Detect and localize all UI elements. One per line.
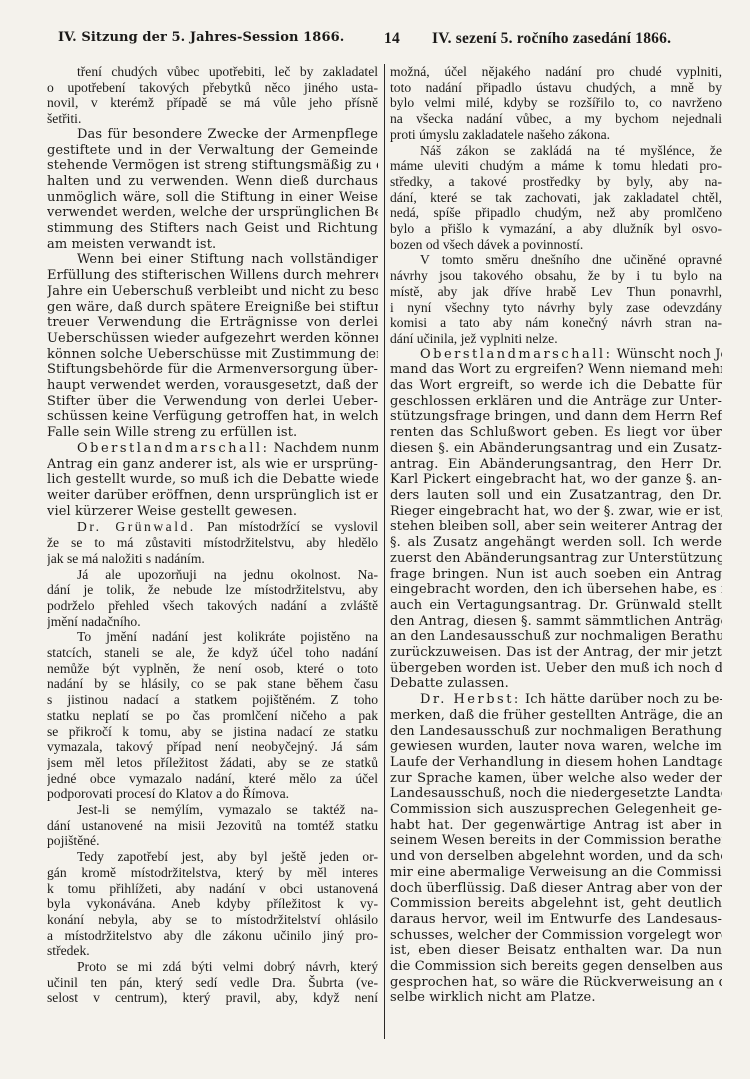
line-text: V tomto směru dnešního dne učiněné oprav…: [420, 252, 722, 267]
line-text: Landesausschuß, noch die niedergesetzte …: [390, 786, 722, 801]
paragraph: možná, účel nějakého nadání pro chudé vy…: [390, 64, 722, 143]
text-line: Erfüllung des stifterischen Willens durc…: [47, 268, 378, 284]
text-line: Das für besondere Zwecke der Armenpflege: [47, 127, 378, 143]
text-line: Rieger eingebracht hat, wo der §. zwar, …: [390, 504, 722, 520]
text-line: Landesausschuß, noch die niedergesetzte …: [390, 786, 722, 802]
text-line: mand das Wort zu ergreifen? Wenn niemand…: [390, 362, 722, 378]
text-line: statcích, staneli se ale, že když účel t…: [47, 645, 378, 661]
text-line: §. als Zusatz angehängt werden soll. Ich…: [390, 535, 722, 551]
line-text: daraus hervor, weil im Entwurfe des Land…: [390, 912, 722, 927]
text-line: Commission bereits abgelehnt ist, geht d…: [390, 896, 722, 912]
line-text: bylo velmi milé, kdyby se rozšířilo to, …: [390, 95, 722, 110]
paragraph: Tedy zapotřebí jest, aby byl ještě jeden…: [47, 849, 378, 959]
line-text: dání ustanovené na misii Jezovitů na tom…: [47, 818, 378, 833]
line-text: eingebracht worden, den ich übersehen ha…: [390, 582, 722, 597]
text-line: schusses, welcher der Commission vorgele…: [390, 928, 722, 944]
line-text: Pan místodržící se vyslovil: [196, 519, 378, 534]
line-text: jmění nadačního.: [47, 614, 141, 629]
line-text: gesprochen hat, so wäre die Rückverweisu…: [390, 975, 722, 990]
line-text: stimmung des Stifters nach Geist und Ric…: [47, 221, 378, 236]
text-line: jedné obce vymazalo nadání, které mělo z…: [47, 771, 378, 787]
text-line: das Wort ergreift, so werde ich die Deba…: [390, 378, 722, 394]
line-text: tření chudých vůbec upotřebiti, leč by z…: [77, 64, 378, 79]
line-text: die Commission sich bereits gegen densel…: [390, 959, 722, 974]
paragraph: Náš zákon se zakládá na té myšlénce, žem…: [390, 143, 722, 253]
text-line: unmöglich wäre, soll die Stiftung in ein…: [47, 190, 378, 206]
text-line: viel kürzerer Weise gestellt gewesen.: [47, 504, 378, 520]
text-line: novil, v kterémž případě se má vůle jeho…: [47, 95, 378, 111]
line-text: Stiftungsbehörde für die Armenversorgung…: [47, 362, 378, 377]
text-line: Proto se mi zdá býti velmi dobrý návrh, …: [47, 959, 378, 975]
text-line: proti úmyslu zakladatele našeho zákona.: [390, 127, 722, 143]
line-text: gewiesen wurden, lauter nova waren, welc…: [390, 739, 722, 754]
text-line: učinil ten pán, který sedí vedle Dra. Šu…: [47, 975, 378, 991]
line-text: diesen §. ein Abänderungsantrag und ein …: [390, 441, 722, 456]
text-line: gestiftete und in der Verwaltung der Gem…: [47, 143, 378, 159]
line-text: a místodržitelstvo aby dle zákonu učinil…: [47, 928, 378, 943]
text-line: byla vykonávána. Aneb kdyby příležitost …: [47, 896, 378, 912]
line-text: toto nadání připadlo ústavu chudých, a m…: [390, 80, 722, 95]
line-text: podporovati procesí do Klatov a do Římov…: [47, 786, 289, 801]
line-text: Karl Pickert eingebracht hat, wo der gan…: [390, 472, 722, 487]
line-text: možná, účel nějakého nadání pro chudé vy…: [390, 64, 722, 79]
text-line: středek.: [47, 943, 378, 959]
paragraph: Wenn bei einer Stiftung nach vollständig…: [47, 252, 378, 440]
text-line: že se to má zůstaviti místodržitelstvu, …: [47, 535, 378, 551]
line-text: mand das Wort zu ergreifen? Wenn niemand…: [390, 362, 722, 377]
text-line: jak se má naložiti s nadáním.: [47, 551, 378, 567]
line-text: proti úmyslu zakladatele našeho zákona.: [390, 127, 610, 142]
text-line: verwendet werden, welche der ursprünglic…: [47, 205, 378, 221]
line-text: zur Sprache kamen, über welche also wede…: [390, 771, 722, 786]
text-line: doch überflüssig. Daß dieser Antrag aber…: [390, 881, 722, 897]
line-text: stützungsfrage bringen, und dann dem Her…: [390, 409, 722, 424]
text-line: bylo a přišlo k vymazání, a aby dlužník …: [390, 221, 722, 237]
line-text: středky, a takové prostředky by byly, ab…: [390, 174, 722, 189]
line-text: Jest-li se nemýlím, vymazalo se taktéž n…: [77, 802, 378, 817]
text-line: gán kromě místodržitelstva, který by měl…: [47, 865, 378, 881]
paragraph: Oberstlandmarschall: Wünscht noch Je-man…: [390, 347, 722, 692]
text-line: stehende Vermögen ist streng stiftungsmä…: [47, 158, 378, 174]
text-line: gewiesen wurden, lauter nova waren, welc…: [390, 739, 722, 755]
text-line: pojištěné.: [47, 833, 378, 849]
text-line: lich gestellt wurde, so muß ich die Deba…: [47, 472, 378, 488]
line-text: gestiftete und in der Verwaltung der Gem…: [47, 143, 378, 158]
text-line: Dr. Grünwald. Pan místodržící se vyslovi…: [47, 519, 378, 535]
line-text: bozen od všech dávek a povinností.: [390, 237, 583, 252]
text-line: k tomu přihlížeti, aby nadání v obci ust…: [47, 881, 378, 897]
paragraph: V tomto směru dnešního dne učiněné oprav…: [390, 252, 722, 346]
line-text: frage bringen. Nun ist auch soeben ein A…: [390, 567, 722, 582]
text-line: stimmung des Stifters nach Geist und Ric…: [47, 221, 378, 237]
line-text: konání nebyla, aby se to místodržitelstv…: [47, 912, 378, 927]
line-text: Laufe der Verhandlung in diesem hohen La…: [390, 755, 722, 770]
line-text: pojištěné.: [47, 833, 99, 848]
paragraph: tření chudých vůbec upotřebiti, leč by z…: [47, 64, 378, 127]
text-line: Stiftungsbehörde für die Armenversorgung…: [47, 362, 378, 378]
text-line: antrag. Ein Abänderungsantrag, den Herr …: [390, 457, 722, 473]
text-line: Antrag ein ganz anderer ist, als wie er …: [47, 457, 378, 473]
text-line: dání je tolik, že nebude lze místodržite…: [47, 582, 378, 598]
line-text: am meisten verwandt ist.: [47, 237, 216, 252]
text-line: Stifter über die Verwendung von derlei U…: [47, 394, 378, 410]
line-text: und von derselben abgelehnt worden, und …: [390, 849, 722, 864]
paragraph: To jmění nadání jest kolikráte pojistěno…: [47, 629, 378, 802]
line-text: o upotřebení takových přebytků něco jiné…: [47, 80, 378, 95]
line-text: das Wort ergreift, so werde ich die Deba…: [390, 378, 722, 393]
text-line: halten und zu verwenden. Wenn dieß durch…: [47, 174, 378, 190]
text-line: zur Sprache kamen, über welche also wede…: [390, 771, 722, 787]
text-line: gen wäre, daß durch spätere Ereigniße be…: [47, 300, 378, 316]
line-text: bylo a přišlo k vymazání, a aby dlužník …: [390, 221, 722, 236]
text-line: geschlossen erklären und die Anträge zur…: [390, 394, 722, 410]
text-line: Náš zákon se zakládá na té myšlénce, že: [390, 143, 722, 159]
text-line: Debatte zulassen.: [390, 676, 722, 692]
text-line: zurückzuweisen. Das ist der Antrag, der …: [390, 645, 722, 661]
text-line: können solche Ueberschüsse mit Zustimmun…: [47, 347, 378, 363]
line-text: vymazala, takový případ není neobyčejný.…: [47, 739, 378, 754]
text-line: daraus hervor, weil im Entwurfe des Land…: [390, 912, 722, 928]
line-text: weiter darüber eröffnen, denn ursprüngli…: [47, 488, 378, 503]
line-text: stehende Vermögen ist streng stiftungsmä…: [47, 158, 378, 173]
line-text: selost v centrum), který pravil, aby, kd…: [47, 990, 378, 1005]
line-text: nedá, spíše připadlo chudým, než aby pro…: [390, 205, 722, 220]
line-text: dání učinila, jež vyplniti nelze.: [390, 331, 558, 346]
text-line: und von derselben abgelehnt worden, und …: [390, 849, 722, 865]
text-line: weiter darüber eröffnen, denn ursprüngli…: [47, 488, 378, 504]
line-text: nadání by se hlásily, co se pak stane bě…: [47, 676, 378, 691]
text-line: na všecka nadání vůbec, a my bychom neje…: [390, 111, 722, 127]
line-text: místě, aby jak dříve hrabě Lev Thun pona…: [390, 284, 722, 299]
text-line: treuer Verwendung die Erträgnisse von de…: [47, 315, 378, 331]
line-text: antrag. Ein Abänderungsantrag, den Herr …: [390, 457, 722, 472]
text-line: den Landesausschuß zur nochmaligen Berat…: [390, 724, 722, 740]
line-text: halten und zu verwenden. Wenn dieß durch…: [47, 174, 378, 189]
text-line: habt hat. Der gegenwärtige Antrag ist ab…: [390, 818, 722, 834]
text-line: Laufe der Verhandlung in diesem hohen La…: [390, 755, 722, 771]
text-line: Karl Pickert eingebracht hat, wo der gan…: [390, 472, 722, 488]
text-line: diesen §. ein Abänderungsantrag und ein …: [390, 441, 722, 457]
line-text: Wünscht noch Je-: [612, 347, 722, 362]
header-german-title: IV. Sitzung der 5. Jahres-Session 1866.: [58, 30, 344, 45]
line-text: jedné obce vymazalo nadání, které mělo z…: [47, 771, 378, 786]
text-line: haupt verwendet werden, vorausgesetzt, d…: [47, 378, 378, 394]
line-text: i nyní všechny tyto návrhy byly zase ode…: [390, 300, 722, 315]
line-text: na všecka nadání vůbec, a my bychom neje…: [390, 111, 722, 126]
left-column: tření chudých vůbec upotřebiti, leč by z…: [47, 64, 378, 1006]
text-line: stehen bleiben soll, aber sein weiterer …: [390, 519, 722, 535]
text-line: V tomto směru dnešního dne učiněné oprav…: [390, 252, 722, 268]
line-text: schusses, welcher der Commission vorgele…: [390, 928, 722, 943]
line-text: jsem měl letos příležitost žádati, aby s…: [47, 755, 378, 770]
text-line: an den Landesausschuß zur nochmaligen Be…: [390, 629, 722, 645]
line-text: Rieger eingebracht hat, wo der §. zwar, …: [390, 504, 722, 519]
text-line: možná, účel nějakého nadání pro chudé vy…: [390, 64, 722, 80]
line-text: gán kromě místodržitelstva, který by měl…: [47, 865, 378, 880]
line-text: mir eine abermalige Verweisung an die Co…: [390, 865, 722, 880]
text-line: Já ale upozorňuji na jednu okolnost. Na-: [47, 567, 378, 583]
line-text: verwendet werden, welche der ursprünglic…: [47, 205, 378, 220]
text-line: máme uleviti chudým a máme k tomu hledat…: [390, 158, 722, 174]
text-line: s jistinou nadací a statkem pojištěném. …: [47, 692, 378, 708]
text-line: bylo velmi milé, kdyby se rozšířilo to, …: [390, 95, 722, 111]
line-text: středek.: [47, 943, 90, 958]
line-text: den Antrag, diesen §. sammt sämmtlichen …: [390, 614, 722, 629]
line-text: übergeben worden ist. Ueber den muß ich …: [390, 661, 722, 676]
line-text: merken, daß die früher gestellten Anträg…: [390, 708, 722, 723]
text-line: se přikročí k tomu, aby se jistina nadac…: [47, 724, 378, 740]
line-text: stehen bleiben soll, aber sein weiterer …: [390, 519, 722, 534]
page-header: IV. Sitzung der 5. Jahres-Session 1866. …: [0, 30, 750, 52]
line-text: selbe wirklich nicht am Platze.: [390, 990, 596, 1005]
line-text: schüssen keine Verfügung getroffen hat, …: [47, 409, 378, 424]
line-text: Commission bereits abgelehnt ist, geht d…: [390, 896, 722, 911]
speaker-name: Oberstlandmarschall:: [77, 441, 269, 456]
text-line: Jahre ein Ueberschuß verbleibt und nicht…: [47, 284, 378, 300]
line-text: statcích, staneli se ale, že když účel t…: [47, 645, 378, 660]
line-text: Ueberschüssen wieder aufgezehrt werden k…: [47, 331, 378, 346]
line-text: gen wäre, daß durch spätere Ereigniße be…: [47, 300, 378, 315]
line-text: Náš zákon se zakládá na té myšlénce, že: [420, 143, 722, 158]
line-text: Antrag ein ganz anderer ist, als wie er …: [47, 457, 378, 472]
paragraph: Dr. Grünwald. Pan místodržící se vyslovi…: [47, 519, 378, 566]
line-text: können solche Ueberschüsse mit Zustimmun…: [47, 347, 378, 362]
line-text: Tedy zapotřebí jest, aby byl ještě jeden…: [77, 849, 378, 864]
text-line: übergeben worden ist. Ueber den muß ich …: [390, 661, 722, 677]
text-line: ist, eben dieser Beisatz enthalten war. …: [390, 943, 722, 959]
text-line: den Antrag, diesen §. sammt sämmtlichen …: [390, 614, 722, 630]
page-number: 14: [384, 30, 400, 48]
text-line: šetřiti.: [47, 111, 378, 127]
line-text: Debatte zulassen.: [390, 676, 509, 691]
text-line: o upotřebení takových přebytků něco jiné…: [47, 80, 378, 96]
line-text: Wenn bei einer Stiftung nach vollständig…: [77, 252, 378, 267]
text-line: jmění nadačního.: [47, 614, 378, 630]
text-line: dání ustanovené na misii Jezovitů na tom…: [47, 818, 378, 834]
text-line: vymazala, takový případ není neobyčejný.…: [47, 739, 378, 755]
column-divider: [384, 64, 385, 1039]
line-text: Proto se mi zdá býti velmi dobrý návrh, …: [77, 959, 378, 974]
text-line: jsem měl letos příležitost žádati, aby s…: [47, 755, 378, 771]
text-line: místě, aby jak dříve hrabě Lev Thun pona…: [390, 284, 722, 300]
line-text: Stifter über die Verwendung von derlei U…: [47, 394, 378, 409]
line-text: jak se má naložiti s nadáním.: [47, 551, 205, 566]
document-page: IV. Sitzung der 5. Jahres-Session 1866. …: [0, 0, 750, 1079]
line-text: To jmění nadání jest kolikráte pojistěno…: [77, 629, 378, 644]
text-line: merken, daß die früher gestellten Anträg…: [390, 708, 722, 724]
text-line: a místodržitelstvo aby dle zákonu učinil…: [47, 928, 378, 944]
text-line: schüssen keine Verfügung getroffen hat, …: [47, 409, 378, 425]
line-text: seinem Wesen bereits in der Commission b…: [390, 833, 722, 848]
line-text: k tomu přihlížeti, aby nadání v obci ust…: [47, 881, 378, 896]
text-line: nemůže být vyplněn, že není osob, které …: [47, 661, 378, 677]
text-line: auch ein Vertagungsantrag. Dr. Grünwald …: [390, 598, 722, 614]
line-text: byla vykonávána. Aneb kdyby příležitost …: [47, 896, 378, 911]
text-line: bozen od všech dávek a povinností.: [390, 237, 722, 253]
line-text: §. als Zusatz angehängt werden soll. Ich…: [390, 535, 722, 550]
speaker-name: Dr. Grünwald.: [77, 519, 196, 534]
speaker-name: Dr. Herbst:: [420, 692, 521, 707]
line-text: Commission sich auszusprechen Gelegenhei…: [390, 802, 722, 817]
line-text: zuerst den Abänderungsantrag zur Unterst…: [390, 551, 722, 566]
text-line: renten das Schlußwort geben. Es liegt vo…: [390, 425, 722, 441]
paragraph: Oberstlandmarschall: Nachdem nunmehr der…: [47, 441, 378, 520]
text-line: Oberstlandmarschall: Wünscht noch Je-: [390, 347, 722, 363]
line-text: nemůže být vyplněn, že není osob, které …: [47, 661, 378, 676]
text-line: stützungsfrage bringen, und dann dem Her…: [390, 409, 722, 425]
line-text: auch ein Vertagungsantrag. Dr. Grünwald …: [390, 598, 722, 613]
text-line: zuerst den Abänderungsantrag zur Unterst…: [390, 551, 722, 567]
line-text: haupt verwendet werden, vorausgesetzt, d…: [47, 378, 378, 393]
line-text: lich gestellt wurde, so muß ich die Deba…: [47, 472, 378, 487]
line-text: doch überflüssig. Daß dieser Antrag aber…: [390, 881, 722, 896]
paragraph: Jest-li se nemýlím, vymazalo se taktéž n…: [47, 802, 378, 849]
line-text: návrhy jsou takového obsahu, že by i tu …: [390, 268, 722, 283]
text-line: statku neplatí se po čas promlčení ničeh…: [47, 708, 378, 724]
text-line: dání učinila, jež vyplniti nelze.: [390, 331, 722, 347]
text-line: Commission sich auszusprechen Gelegenhei…: [390, 802, 722, 818]
line-text: Ich hätte darüber noch zu be-: [521, 692, 722, 707]
line-text: ders lauten soll und ein Zusatzantrag, d…: [390, 488, 722, 503]
line-text: máme uleviti chudým a máme k tomu hledat…: [390, 158, 722, 173]
text-line: To jmění nadání jest kolikráte pojistěno…: [47, 629, 378, 645]
text-line: mir eine abermalige Verweisung an die Co…: [390, 865, 722, 881]
text-line: středky, a takové prostředky by byly, ab…: [390, 174, 722, 190]
line-text: den Landesausschuß zur nochmaligen Berat…: [390, 724, 722, 739]
text-line: Ueberschüssen wieder aufgezehrt werden k…: [47, 331, 378, 347]
line-text: dání, které se tak zachovati, jak zaklad…: [390, 190, 722, 205]
paragraph: Dr. Herbst: Ich hätte darüber noch zu be…: [390, 692, 722, 1006]
text-line: eingebracht worden, den ich übersehen ha…: [390, 582, 722, 598]
line-text: Das für besondere Zwecke der Armenpflege: [77, 127, 378, 142]
text-line: nadání by se hlásily, co se pak stane bě…: [47, 676, 378, 692]
line-text: učinil ten pán, který sedí vedle Dra. Šu…: [47, 975, 378, 990]
line-text: renten das Schlußwort geben. Es liegt vo…: [390, 425, 722, 440]
line-text: komisi a tato aby nám konečný návrh stra…: [390, 315, 722, 330]
text-line: gesprochen hat, so wäre die Rückverweisu…: [390, 975, 722, 991]
text-line: selbe wirklich nicht am Platze.: [390, 990, 722, 1006]
text-line: podrželo přehled všech takových nadání a…: [47, 598, 378, 614]
header-czech-title: IV. sezení 5. ročního zasedání 1866.: [432, 30, 671, 48]
text-line: Oberstlandmarschall: Nachdem nunmehr der: [47, 441, 378, 457]
text-line: Jest-li se nemýlím, vymazalo se taktéž n…: [47, 802, 378, 818]
text-line: Dr. Herbst: Ich hätte darüber noch zu be…: [390, 692, 722, 708]
text-line: ders lauten soll und ein Zusatzantrag, d…: [390, 488, 722, 504]
line-text: se přikročí k tomu, aby se jistina nadac…: [47, 724, 378, 739]
paragraph: Das für besondere Zwecke der Armenpflege…: [47, 127, 378, 253]
line-text: Falle sein Wille streng zu erfüllen ist.: [47, 425, 297, 440]
line-text: s jistinou nadací a statkem pojištěném. …: [47, 692, 378, 707]
line-text: statku neplatí se po čas promlčení ničeh…: [47, 708, 378, 723]
text-line: tření chudých vůbec upotřebiti, leč by z…: [47, 64, 378, 80]
text-line: seinem Wesen bereits in der Commission b…: [390, 833, 722, 849]
text-line: podporovati procesí do Klatov a do Římov…: [47, 786, 378, 802]
line-text: Jahre ein Ueberschuß verbleibt und nicht…: [47, 284, 378, 299]
speaker-name: Oberstlandmarschall:: [420, 347, 612, 362]
right-column: možná, účel nějakého nadání pro chudé vy…: [390, 64, 722, 1006]
text-line: komisi a tato aby nám konečný návrh stra…: [390, 315, 722, 331]
text-line: selost v centrum), který pravil, aby, kd…: [47, 990, 378, 1006]
line-text: an den Landesausschuß zur nochmaligen Be…: [390, 629, 722, 644]
line-text: viel kürzerer Weise gestellt gewesen.: [47, 504, 297, 519]
text-line: Wenn bei einer Stiftung nach vollständig…: [47, 252, 378, 268]
text-line: toto nadání připadlo ústavu chudých, a m…: [390, 80, 722, 96]
line-text: šetřiti.: [47, 111, 81, 126]
line-text: Nachdem nunmehr der: [269, 441, 378, 456]
line-text: treuer Verwendung die Erträgnisse von de…: [47, 315, 378, 330]
line-text: ist, eben dieser Beisatz enthalten war. …: [390, 943, 722, 958]
line-text: geschlossen erklären und die Anträge zur…: [390, 394, 722, 409]
line-text: Erfüllung des stifterischen Willens durc…: [47, 268, 378, 283]
paragraph: Proto se mi zdá býti velmi dobrý návrh, …: [47, 959, 378, 1006]
text-line: die Commission sich bereits gegen densel…: [390, 959, 722, 975]
text-line: návrhy jsou takového obsahu, že by i tu …: [390, 268, 722, 284]
text-line: frage bringen. Nun ist auch soeben ein A…: [390, 567, 722, 583]
line-text: unmöglich wäre, soll die Stiftung in ein…: [47, 190, 378, 205]
paragraph: Já ale upozorňuji na jednu okolnost. Na-…: [47, 567, 378, 630]
text-line: nedá, spíše připadlo chudým, než aby pro…: [390, 205, 722, 221]
line-text: dání je tolik, že nebude lze místodržite…: [47, 582, 378, 597]
text-line: konání nebyla, aby se to místodržitelstv…: [47, 912, 378, 928]
line-text: zurückzuweisen. Das ist der Antrag, der …: [390, 645, 722, 660]
text-line: Tedy zapotřebí jest, aby byl ještě jeden…: [47, 849, 378, 865]
line-text: novil, v kterémž případě se má vůle jeho…: [47, 95, 378, 110]
line-text: podrželo přehled všech takových nadání a…: [47, 598, 378, 613]
text-line: am meisten verwandt ist.: [47, 237, 378, 253]
line-text: habt hat. Der gegenwärtige Antrag ist ab…: [390, 818, 722, 833]
line-text: že se to má zůstaviti místodržitelstvu, …: [47, 535, 378, 550]
text-line: i nyní všechny tyto návrhy byly zase ode…: [390, 300, 722, 316]
text-line: Falle sein Wille streng zu erfüllen ist.: [47, 425, 378, 441]
line-text: Já ale upozorňuji na jednu okolnost. Na-: [77, 567, 378, 582]
text-line: dání, které se tak zachovati, jak zaklad…: [390, 190, 722, 206]
